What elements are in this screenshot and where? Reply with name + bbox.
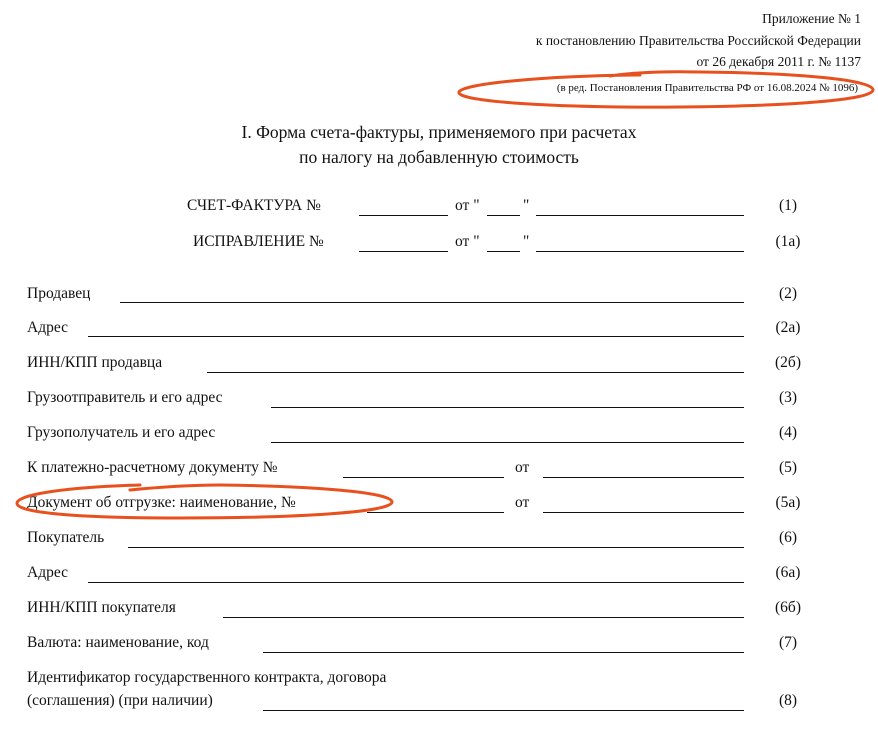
- payment-document-label: К платежно-расчетному документу №: [27, 459, 278, 477]
- row-number-6a: (6а): [758, 564, 818, 582]
- contract-id-label-line2: (соглашения) (при наличии): [27, 692, 213, 710]
- buyer-inn-kpp-label: ИНН/КПП покупателя: [27, 599, 176, 617]
- seller-address-label: Адрес: [27, 319, 68, 337]
- decree-date: от 26 декабря 2011 г. № 1137: [696, 54, 861, 70]
- appendix-number: Приложение № 1: [762, 11, 861, 27]
- payment-document-from-label: от: [515, 459, 529, 477]
- shipper-label: Грузоотправитель и его адрес: [27, 389, 223, 407]
- seller-inn-kpp-label: ИНН/КПП продавца: [27, 354, 162, 372]
- shipping-document-label: Документ об отгрузке: наименование, №: [27, 494, 296, 512]
- buyer-inn-kpp-field[interactable]: [223, 617, 744, 618]
- correction-quote-close: ": [523, 233, 529, 251]
- buyer-address-field[interactable]: [88, 582, 744, 583]
- row-number-2b: (2б): [758, 354, 818, 372]
- row-number-8: (8): [758, 692, 818, 710]
- amendment-note: (в ред. Постановления Правительства РФ о…: [557, 82, 858, 94]
- invoice-quote-close: ": [523, 197, 529, 215]
- payment-document-number-field[interactable]: [343, 477, 504, 478]
- row-number-1a: (1а): [758, 233, 818, 251]
- contract-id-label-line1: Идентификатор государственного контракта…: [27, 669, 386, 687]
- row-number-7: (7): [758, 634, 818, 652]
- correction-month-year-field[interactable]: [536, 251, 744, 252]
- correction-number-label: ИСПРАВЛЕНИЕ №: [193, 233, 324, 251]
- correction-day-field[interactable]: [487, 251, 520, 252]
- seller-label: Продавец: [27, 285, 90, 303]
- correction-from-label: от ": [455, 233, 480, 251]
- invoice-month-year-field[interactable]: [536, 215, 744, 216]
- contract-id-field[interactable]: [263, 710, 744, 711]
- buyer-label: Покупатель: [27, 529, 104, 547]
- buyer-field[interactable]: [128, 547, 744, 548]
- consignee-label: Грузополучатель и его адрес: [27, 424, 215, 442]
- form-title-line1: I. Форма счета-фактуры, применяемого при…: [0, 122, 878, 143]
- seller-inn-kpp-field[interactable]: [207, 372, 744, 373]
- invoice-from-label: от ": [455, 197, 480, 215]
- invoice-day-field[interactable]: [487, 215, 520, 216]
- currency-field[interactable]: [263, 652, 744, 653]
- form-title-line2: по налогу на добавленную стоимость: [0, 147, 878, 168]
- row-number-5: (5): [758, 459, 818, 477]
- consignee-field[interactable]: [271, 442, 744, 443]
- shipping-document-number-field[interactable]: [367, 512, 504, 513]
- shipper-field[interactable]: [271, 407, 744, 408]
- seller-address-field[interactable]: [88, 336, 744, 337]
- shipping-document-date-field[interactable]: [543, 512, 744, 513]
- row-number-4: (4): [758, 424, 818, 442]
- correction-number-field[interactable]: [359, 251, 448, 252]
- row-number-6: (6): [758, 529, 818, 547]
- shipping-document-from-label: от: [515, 494, 529, 512]
- row-number-2: (2): [758, 285, 818, 303]
- row-number-6b: (6б): [758, 599, 818, 617]
- buyer-address-label: Адрес: [27, 564, 68, 582]
- row-number-2a: (2а): [758, 319, 818, 337]
- row-number-3: (3): [758, 389, 818, 407]
- invoice-number-field[interactable]: [359, 215, 448, 216]
- currency-label: Валюта: наименование, код: [27, 634, 209, 652]
- row-number-1: (1): [758, 197, 818, 215]
- invoice-number-label: СЧЕТ-ФАКТУРА №: [187, 197, 321, 215]
- payment-document-date-field[interactable]: [543, 477, 744, 478]
- decree-reference: к постановлению Правительства Российской…: [536, 33, 861, 49]
- seller-field[interactable]: [120, 302, 744, 303]
- row-number-5a: (5а): [758, 494, 818, 512]
